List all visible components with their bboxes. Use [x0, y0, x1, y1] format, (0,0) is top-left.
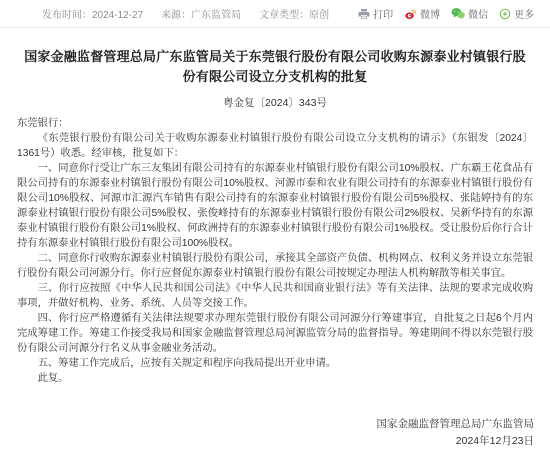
sign-date: 2024年12月23日 — [16, 433, 534, 450]
wechat-label: 微信 — [468, 6, 488, 21]
doc-body: 东莞银行： 《东莞银行股份有限公司关于收购东源泰业村镇银行股份有限公司设立分支机… — [17, 116, 533, 386]
source-value: 广东监管局 — [191, 10, 241, 21]
page-title: 国家金融监督管理总局广东监管局关于东莞银行股份有限公司收购东源泰业村镇银行股份有… — [18, 47, 532, 87]
paragraph-item-1: 一、同意你行受让广东三友集团有限公司持有的东源泰业村镇银行股份有限公司10%股权… — [17, 161, 533, 251]
print-button[interactable]: 打印 — [358, 6, 393, 21]
paragraph-item-4: 四、你行应严格遵循有关法律法规要求办理东莞银行股份有限公司河源分行筹建事宜，自批… — [17, 311, 533, 356]
source-label: 来源： — [161, 10, 191, 21]
more-label: 更多 — [514, 6, 534, 21]
signer-name: 国家金融监督管理总局广东监管局 — [16, 416, 534, 433]
wechat-icon — [451, 7, 465, 20]
share-toolbar: 打印 微博 — [347, 6, 534, 21]
meta-info: 发布时间：2024-12-27 来源：广东监管局 文章类型：原创 — [42, 6, 347, 21]
article-type: 文章类型：原创 — [259, 6, 329, 21]
publish-time-value: 2024-12-27 — [92, 10, 143, 21]
article-type-value: 原创 — [309, 10, 329, 21]
meta-bar: 发布时间：2024-12-27 来源：广东监管局 文章类型：原创 打印 — [0, 0, 550, 28]
more-share-button[interactable]: 更多 — [499, 6, 534, 21]
plus-circle-icon — [499, 8, 511, 20]
salutation: 东莞银行： — [17, 116, 533, 131]
paragraph-item-2: 二、同意你行收购东源泰业村镇银行股份有限公司，承接其全部资产负债、机构网点、权利… — [17, 251, 533, 281]
print-label: 打印 — [373, 6, 393, 21]
article-page: 发布时间：2024-12-27 来源：广东监管局 文章类型：原创 打印 — [0, 0, 550, 453]
paragraph-item-3: 三、你行应按照《中华人民共和国公司法》《中华人民共和国商业银行法》等有关法律、法… — [17, 281, 533, 311]
weibo-share-button[interactable]: 微博 — [404, 6, 440, 21]
article-type-label: 文章类型： — [259, 10, 309, 21]
publish-time-label: 发布时间： — [42, 10, 92, 21]
printer-icon — [358, 8, 370, 20]
signature-block: 国家金融监督管理总局广东监管局 2024年12月23日 — [16, 416, 534, 449]
paragraph-closing: 此复。 — [17, 371, 533, 386]
paragraph-request-ref: 《东莞银行股份有限公司关于收购东源泰业村镇银行股份有限公司设立分支机构的请示》（… — [17, 131, 533, 161]
publish-time: 发布时间：2024-12-27 — [42, 6, 143, 21]
paragraph-item-5: 五、筹建工作完成后，应按有关规定和程序向我局提出开业申请。 — [17, 356, 533, 371]
doc-number: 粤金复〔2024〕343号 — [0, 96, 550, 111]
weibo-icon — [404, 8, 417, 20]
source: 来源：广东监管局 — [161, 6, 241, 21]
wechat-share-button[interactable]: 微信 — [451, 6, 488, 21]
weibo-label: 微博 — [420, 6, 440, 21]
